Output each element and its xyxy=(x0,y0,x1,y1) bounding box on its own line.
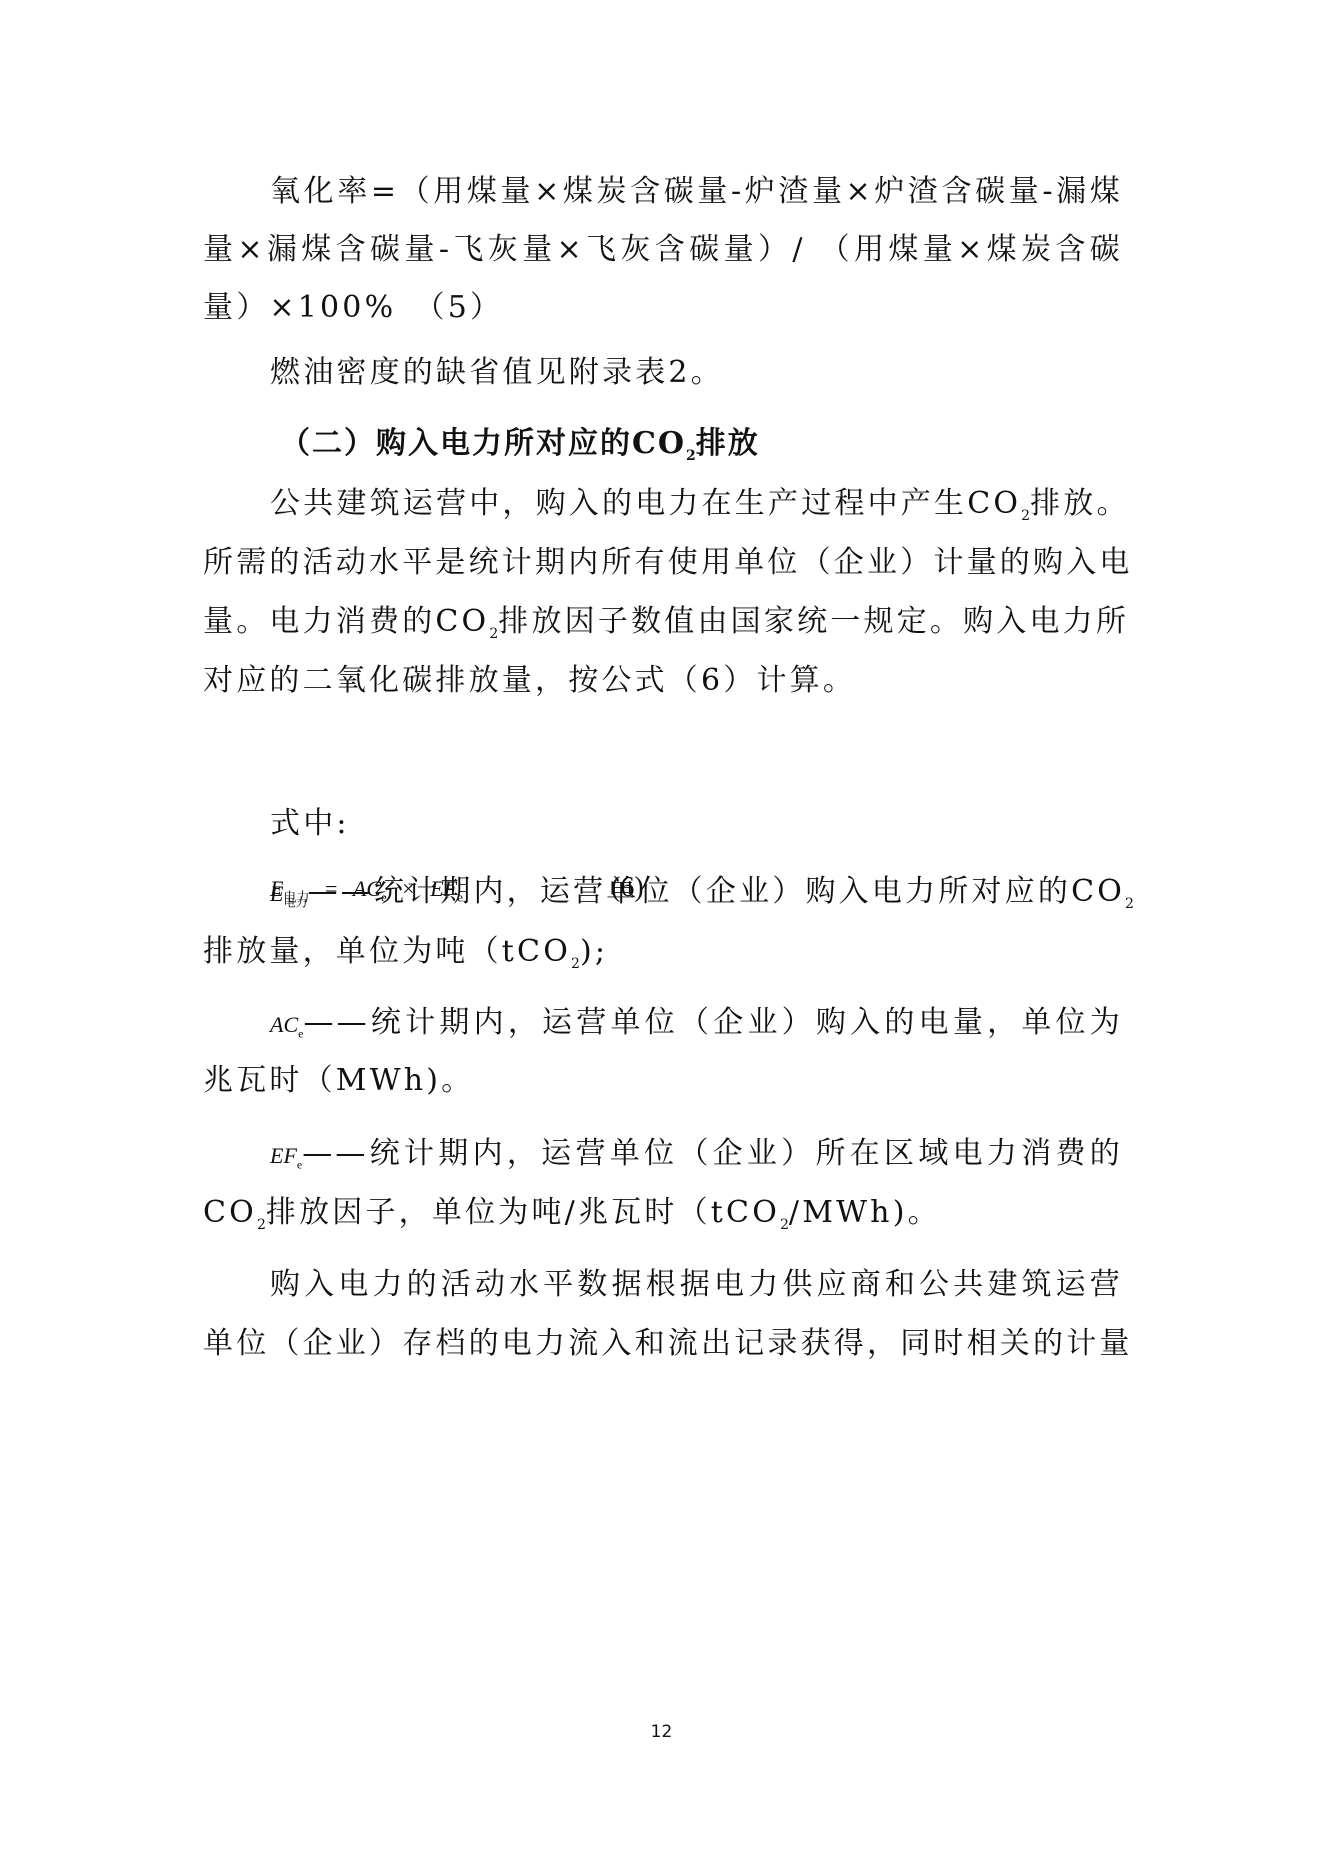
oxidation-formula-line-1: 氧化率=（用煤量×煤炭含碳量-炉渣量×炉渣含碳量-漏煤 xyxy=(270,172,1123,212)
section-heading: （二）购入电力所对应的CO2排放 xyxy=(280,424,760,476)
closing-line-2: 单位（企业）存档的电力流入和流出记录获得，同时相关的计量 xyxy=(203,1324,1123,1364)
oxidation-formula-line-3: 量）×100% （5） xyxy=(203,288,1123,328)
page-number: 12 xyxy=(0,1722,1323,1742)
definition-efe-line-1: EFe——统计期内，运营单位（企业）所在区域电力消费的 xyxy=(270,1134,1123,1184)
symbol-e-electricity: E电力 xyxy=(270,881,307,906)
closing-line-1: 购入电力的活动水平数据根据电力供应商和公共建筑运营 xyxy=(270,1265,1123,1305)
definition-e-electricity-line-1: E电力——统计期内，运营单位（企业）购入电力所对应的CO2 xyxy=(270,872,1123,924)
definition-efe-line-2: CO2排放因子，单位为吨/兆瓦时（tCO2/MWh)。 xyxy=(203,1193,1123,1245)
where-label: 式中: xyxy=(270,804,1123,844)
definition-e-electricity-line-2: 排放量，单位为吨（tCO2); xyxy=(203,932,1123,984)
oxidation-formula-line-2: 量×漏煤含碳量-飞灰量×飞灰含碳量）/ （用煤量×煤炭含碳 xyxy=(203,230,1123,270)
intro-line-4: 对应的二氧化碳排放量，按公式（6）计算。 xyxy=(203,661,1123,701)
definition-ace-line-2: 兆瓦时（MWh)。 xyxy=(203,1061,1123,1101)
intro-line-3: 量。电力消费的CO2排放因子数值由国家统一规定。购入电力所 xyxy=(203,602,1123,654)
definition-ace-line-1: ACe——统计期内，运营单位（企业）购入的电量，单位为 xyxy=(270,1003,1123,1053)
symbol-efe: EFe xyxy=(270,1143,302,1168)
symbol-ace: ACe xyxy=(270,1012,303,1037)
intro-line-2: 所需的活动水平是统计期内所有使用单位（企业）计量的购入电 xyxy=(203,543,1123,583)
fuel-oil-note: 燃油密度的缺省值见附录表2。 xyxy=(270,353,1123,393)
intro-line-1: 公共建筑运营中，购入的电力在生产过程中产生CO2排放。 xyxy=(270,484,1123,536)
